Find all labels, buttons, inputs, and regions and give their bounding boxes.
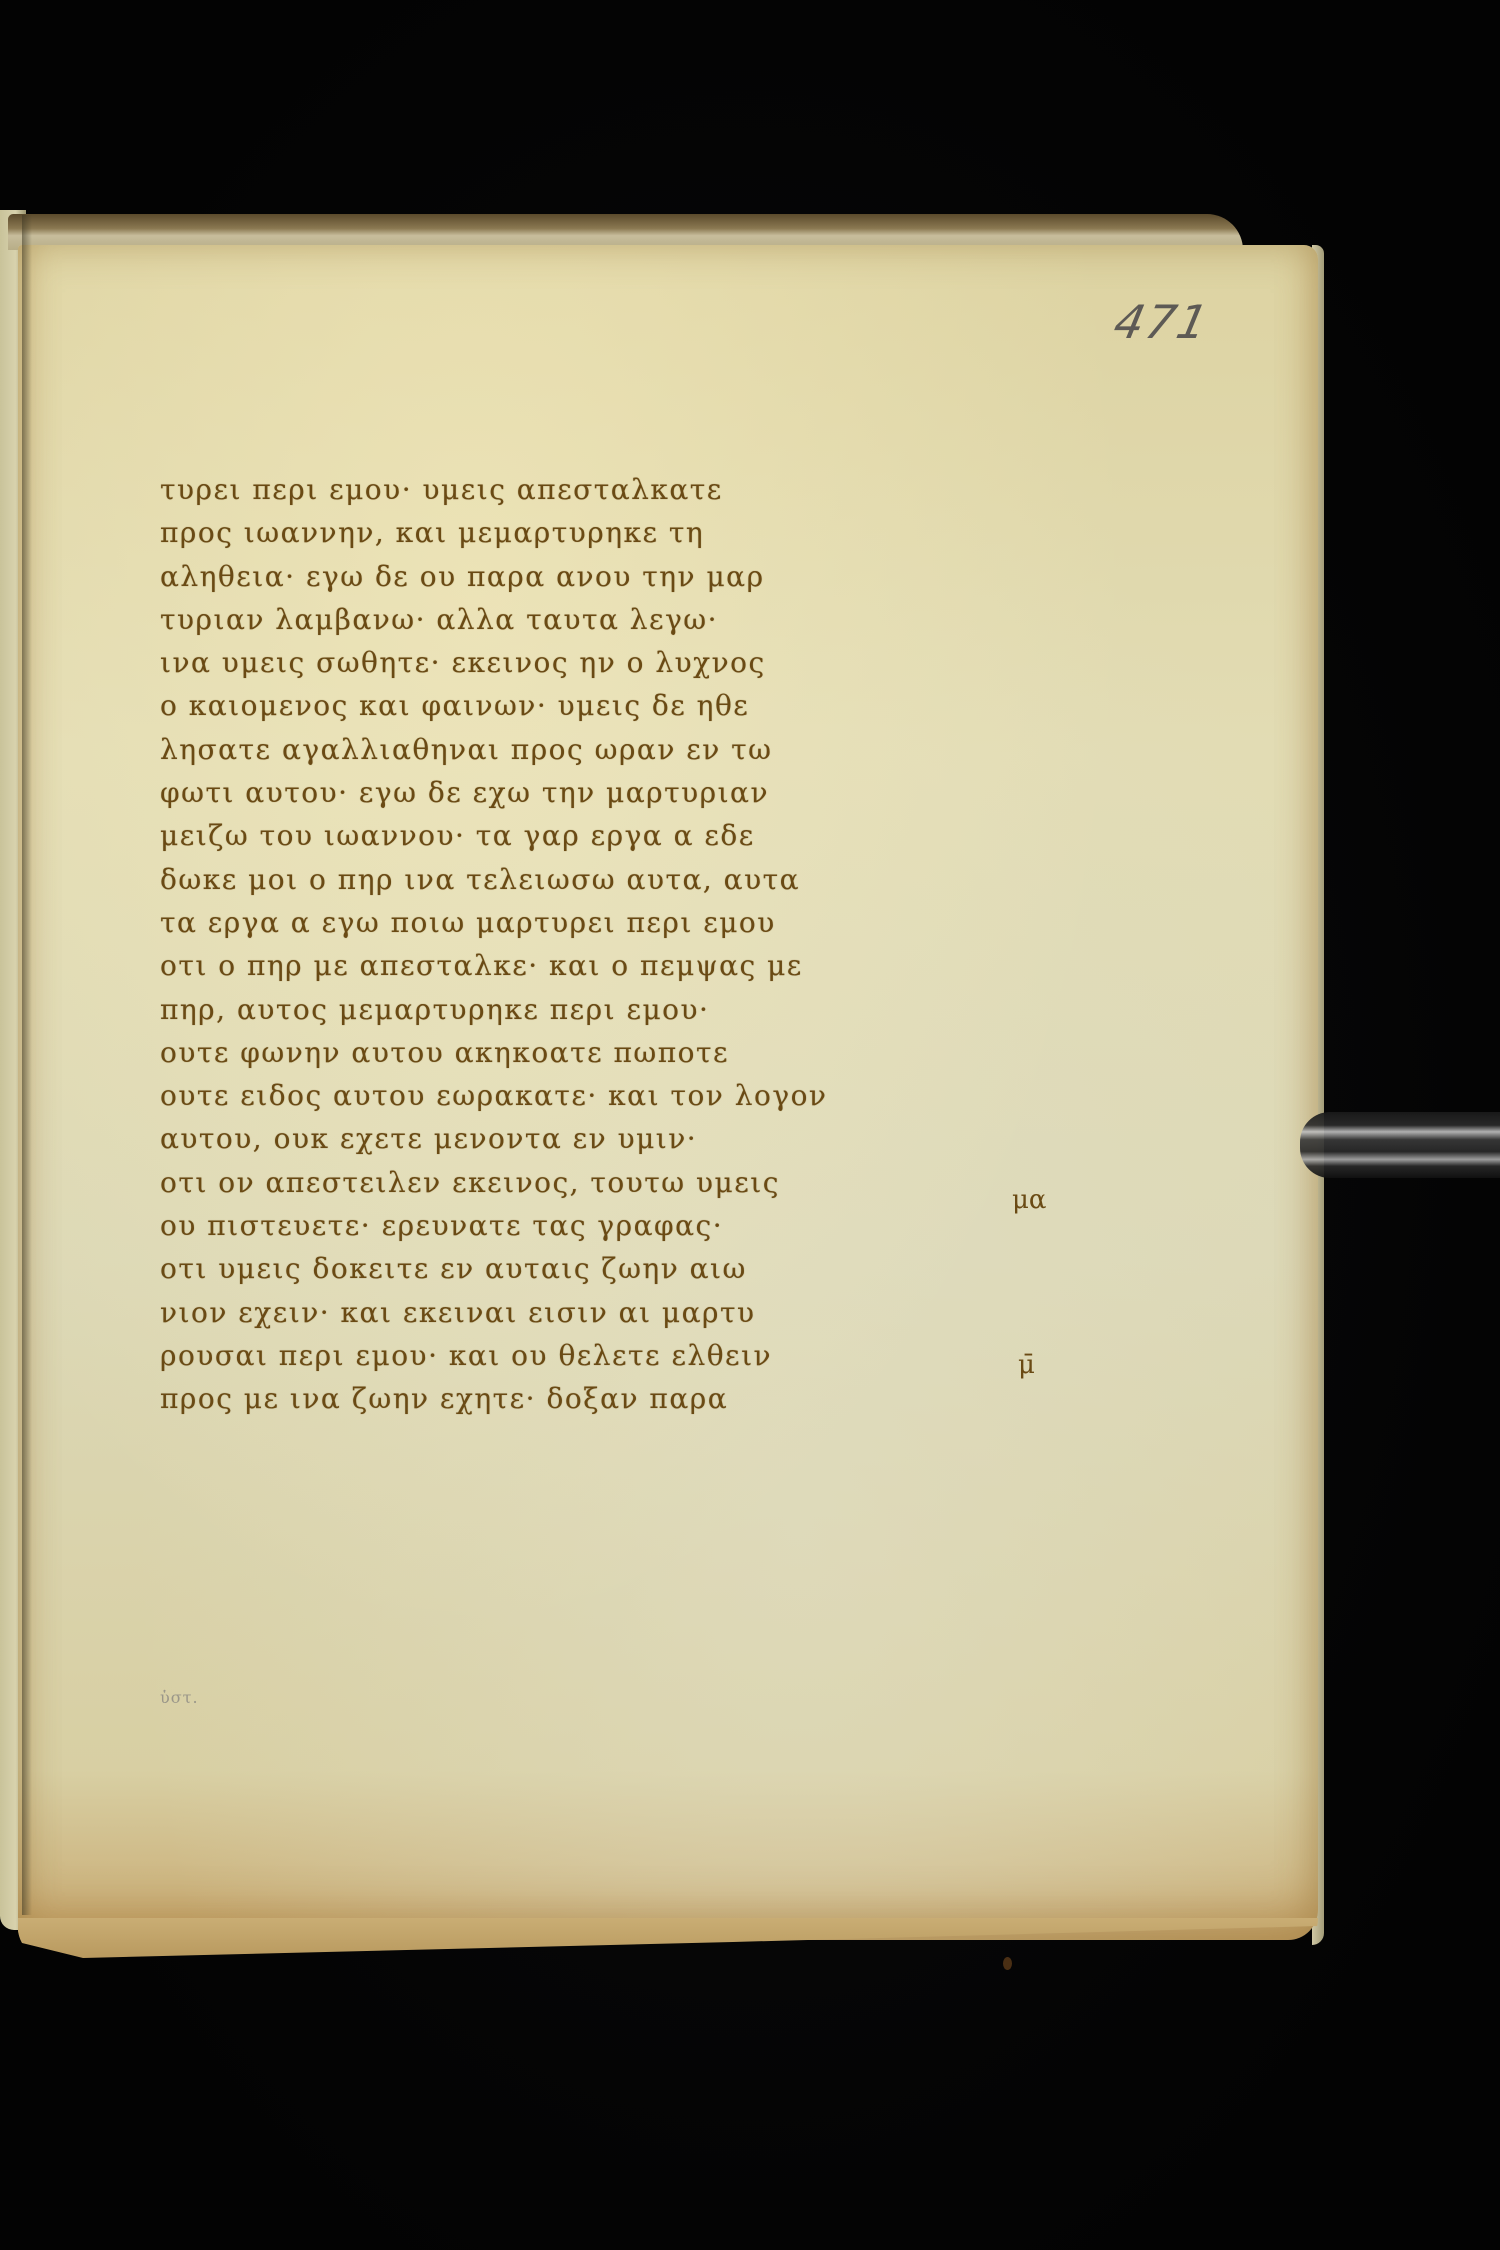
text-line: οτι υμεις δοκειτε εν αυταις ζωην αιω: [160, 1247, 950, 1290]
text-line: προς ιωαννην, και μεμαρτυρηκε τη: [160, 511, 950, 554]
text-line: προς με ινα ζωην εχητε· δοξαν παρα: [160, 1377, 950, 1420]
text-line: τυρει περι εμου· υμεις απεσταλκατε: [160, 468, 950, 511]
text-line: αληθεια· εγω δε ου παρα ανου την μαρ: [160, 555, 950, 598]
text-line: οτι ον απεστειλεν εκεινος, τουτω υμεις: [160, 1161, 950, 1204]
marginal-note: μ̄: [1018, 1350, 1035, 1380]
text-line: λησατε αγαλλιαθηναι προς ωραν εν τω: [160, 728, 950, 771]
gutter-shadow: [22, 215, 32, 1915]
text-line: ο καιομενος και φαινων· υμεις δε ηθε: [160, 684, 950, 727]
text-line: τα εργα α εγω ποιω μαρτυρει περι εμου: [160, 901, 950, 944]
text-line: ρουσαι περι εμου· και ου θελετε ελθειν: [160, 1334, 950, 1377]
folio-number: 471: [1109, 295, 1214, 349]
text-line: νιον εχειν· και εκειναι εισιν αι μαρτυ: [160, 1291, 950, 1334]
pencil-note: ὑστ.: [160, 1688, 199, 1707]
text-line: πηρ, αυτος μεμαρτυρηκε περι εμου·: [160, 988, 950, 1031]
text-column: τυρει περι εμου· υμεις απεσταλκατε προς …: [160, 468, 950, 1421]
ink-stain: [1003, 1957, 1012, 1970]
glass-page-weight: [1300, 1112, 1500, 1178]
text-line: φωτι αυτου· εγω δε εχω την μαρτυριαν: [160, 771, 950, 814]
text-line: ουτε ειδος αυτου εωρακατε· και τον λογον: [160, 1074, 950, 1117]
text-line: δωκε μοι ο πηρ ινα τελειωσω αυτα, αυτα: [160, 858, 950, 901]
marginal-note: μα: [1012, 1185, 1046, 1215]
text-line: ουτε φωνην αυτου ακηκοατε πωποτε: [160, 1031, 950, 1074]
text-line: τυριαν λαμβανω· αλλα ταυτα λεγω·: [160, 598, 950, 641]
text-line: μειζω του ιωαννου· τα γαρ εργα α εδε: [160, 814, 950, 857]
text-line: ινα υμεις σωθητε· εκεινος ην ο λυχνος: [160, 641, 950, 684]
text-line: οτι ο πηρ με απεσταλκε· και ο πεμψας με: [160, 944, 950, 987]
text-line: αυτου, ουκ εχετε μενοντα εν υμιν·: [160, 1117, 950, 1160]
text-line: ου πιστευετε· ερευνατε τας γραφας·: [160, 1204, 950, 1247]
